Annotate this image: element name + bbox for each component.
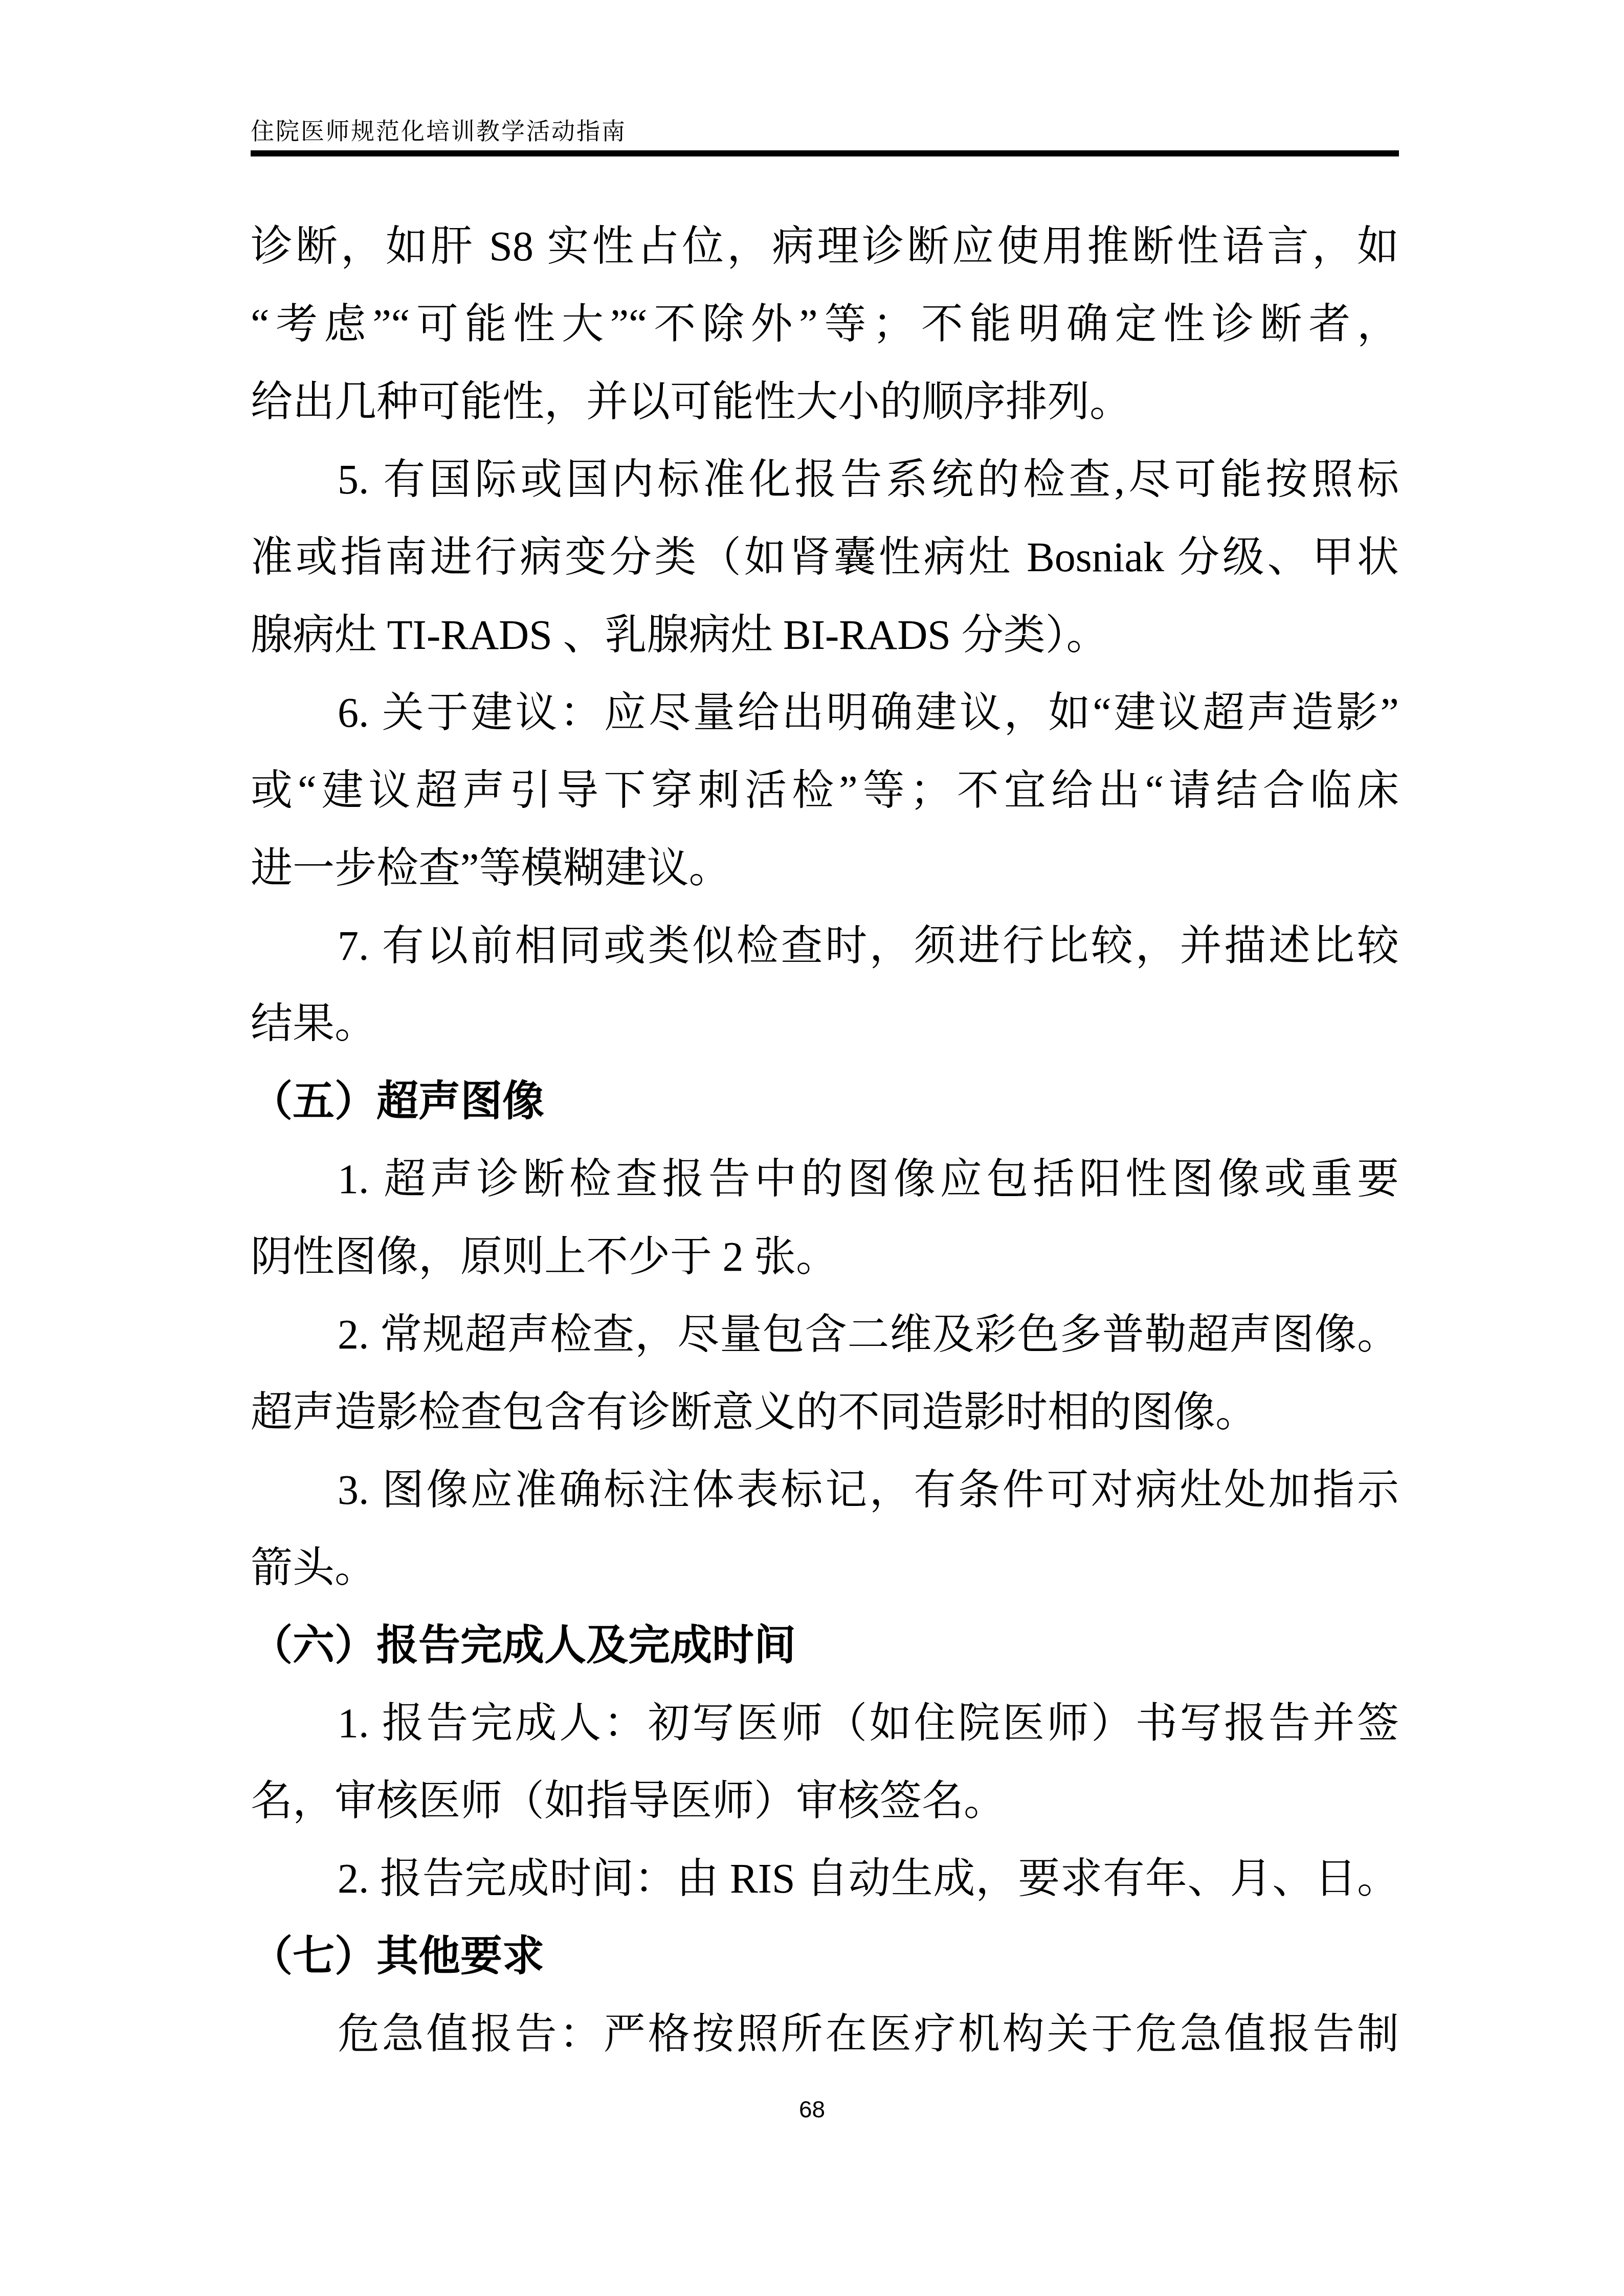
text-line: 1. 报告完成人：初写医师（如住院医师）书写报告并签 xyxy=(251,1684,1399,1762)
page-number: 68 xyxy=(0,2096,1624,2123)
text-line: 结果。 xyxy=(251,985,1399,1063)
text-line: “考虑”“可能性大”“不除外”等；不能明确定性诊断者， xyxy=(251,285,1399,363)
page-body: 诊断，如肝 S8 实性占位，病理诊断应使用推断性语言，如 “考虑”“可能性大”“… xyxy=(251,208,1399,2073)
text-line: 5. 有国际或国内标准化报告系统的检查,尽可能按照标 xyxy=(251,441,1399,519)
text-line: 准或指南进行病变分类（如肾囊性病灶 Bosniak 分级、甲状 xyxy=(251,519,1399,596)
text-line: 7. 有以前相同或类似检查时，须进行比较，并描述比较 xyxy=(251,907,1399,985)
section-heading: （七）其他要求 xyxy=(251,1918,1399,1995)
document-page: 住院医师规范化培训教学活动指南 诊断，如肝 S8 实性占位，病理诊断应使用推断性… xyxy=(0,0,1624,2296)
text-line: 危急值报告：严格按照所在医疗机构关于危急值报告制 xyxy=(251,1995,1399,2073)
text-line: 诊断，如肝 S8 实性占位，病理诊断应使用推断性语言，如 xyxy=(251,208,1399,285)
text-line: 或“建议超声引导下穿刺活检”等；不宜给出“请结合临床 xyxy=(251,752,1399,829)
section-heading: （五）超声图像 xyxy=(251,1063,1399,1140)
header-divider-rule xyxy=(251,150,1399,156)
section-heading: （六）报告完成人及完成时间 xyxy=(251,1607,1399,1684)
text-line: 6. 关于建议：应尽量给出明确建议，如“建议超声造影” xyxy=(251,674,1399,752)
text-line: 给出几种可能性，并以可能性大小的顺序排列。 xyxy=(251,363,1399,441)
running-header-title: 住院医师规范化培训教学活动指南 xyxy=(251,112,627,146)
text-line: 1. 超声诊断检查报告中的图像应包括阳性图像或重要 xyxy=(251,1140,1399,1218)
text-line: 超声造影检查包含有诊断意义的不同造影时相的图像。 xyxy=(251,1374,1399,1451)
text-line: 名，审核医师（如指导医师）审核签名。 xyxy=(251,1762,1399,1840)
text-line: 箭头。 xyxy=(251,1529,1399,1607)
text-line: 2. 常规超声检查，尽量包含二维及彩色多普勒超声图像。 xyxy=(251,1296,1399,1374)
text-line: 腺病灶 TI-RADS 、乳腺病灶 BI-RADS 分类）。 xyxy=(251,596,1399,674)
text-line: 3. 图像应准确标注体表标记，有条件可对病灶处加指示 xyxy=(251,1451,1399,1529)
text-line: 阴性图像，原则上不少于 2 张。 xyxy=(251,1218,1399,1296)
text-line: 2. 报告完成时间：由 RIS 自动生成，要求有年、月、日。 xyxy=(251,1840,1399,1918)
text-line: 进一步检查”等模糊建议。 xyxy=(251,829,1399,907)
